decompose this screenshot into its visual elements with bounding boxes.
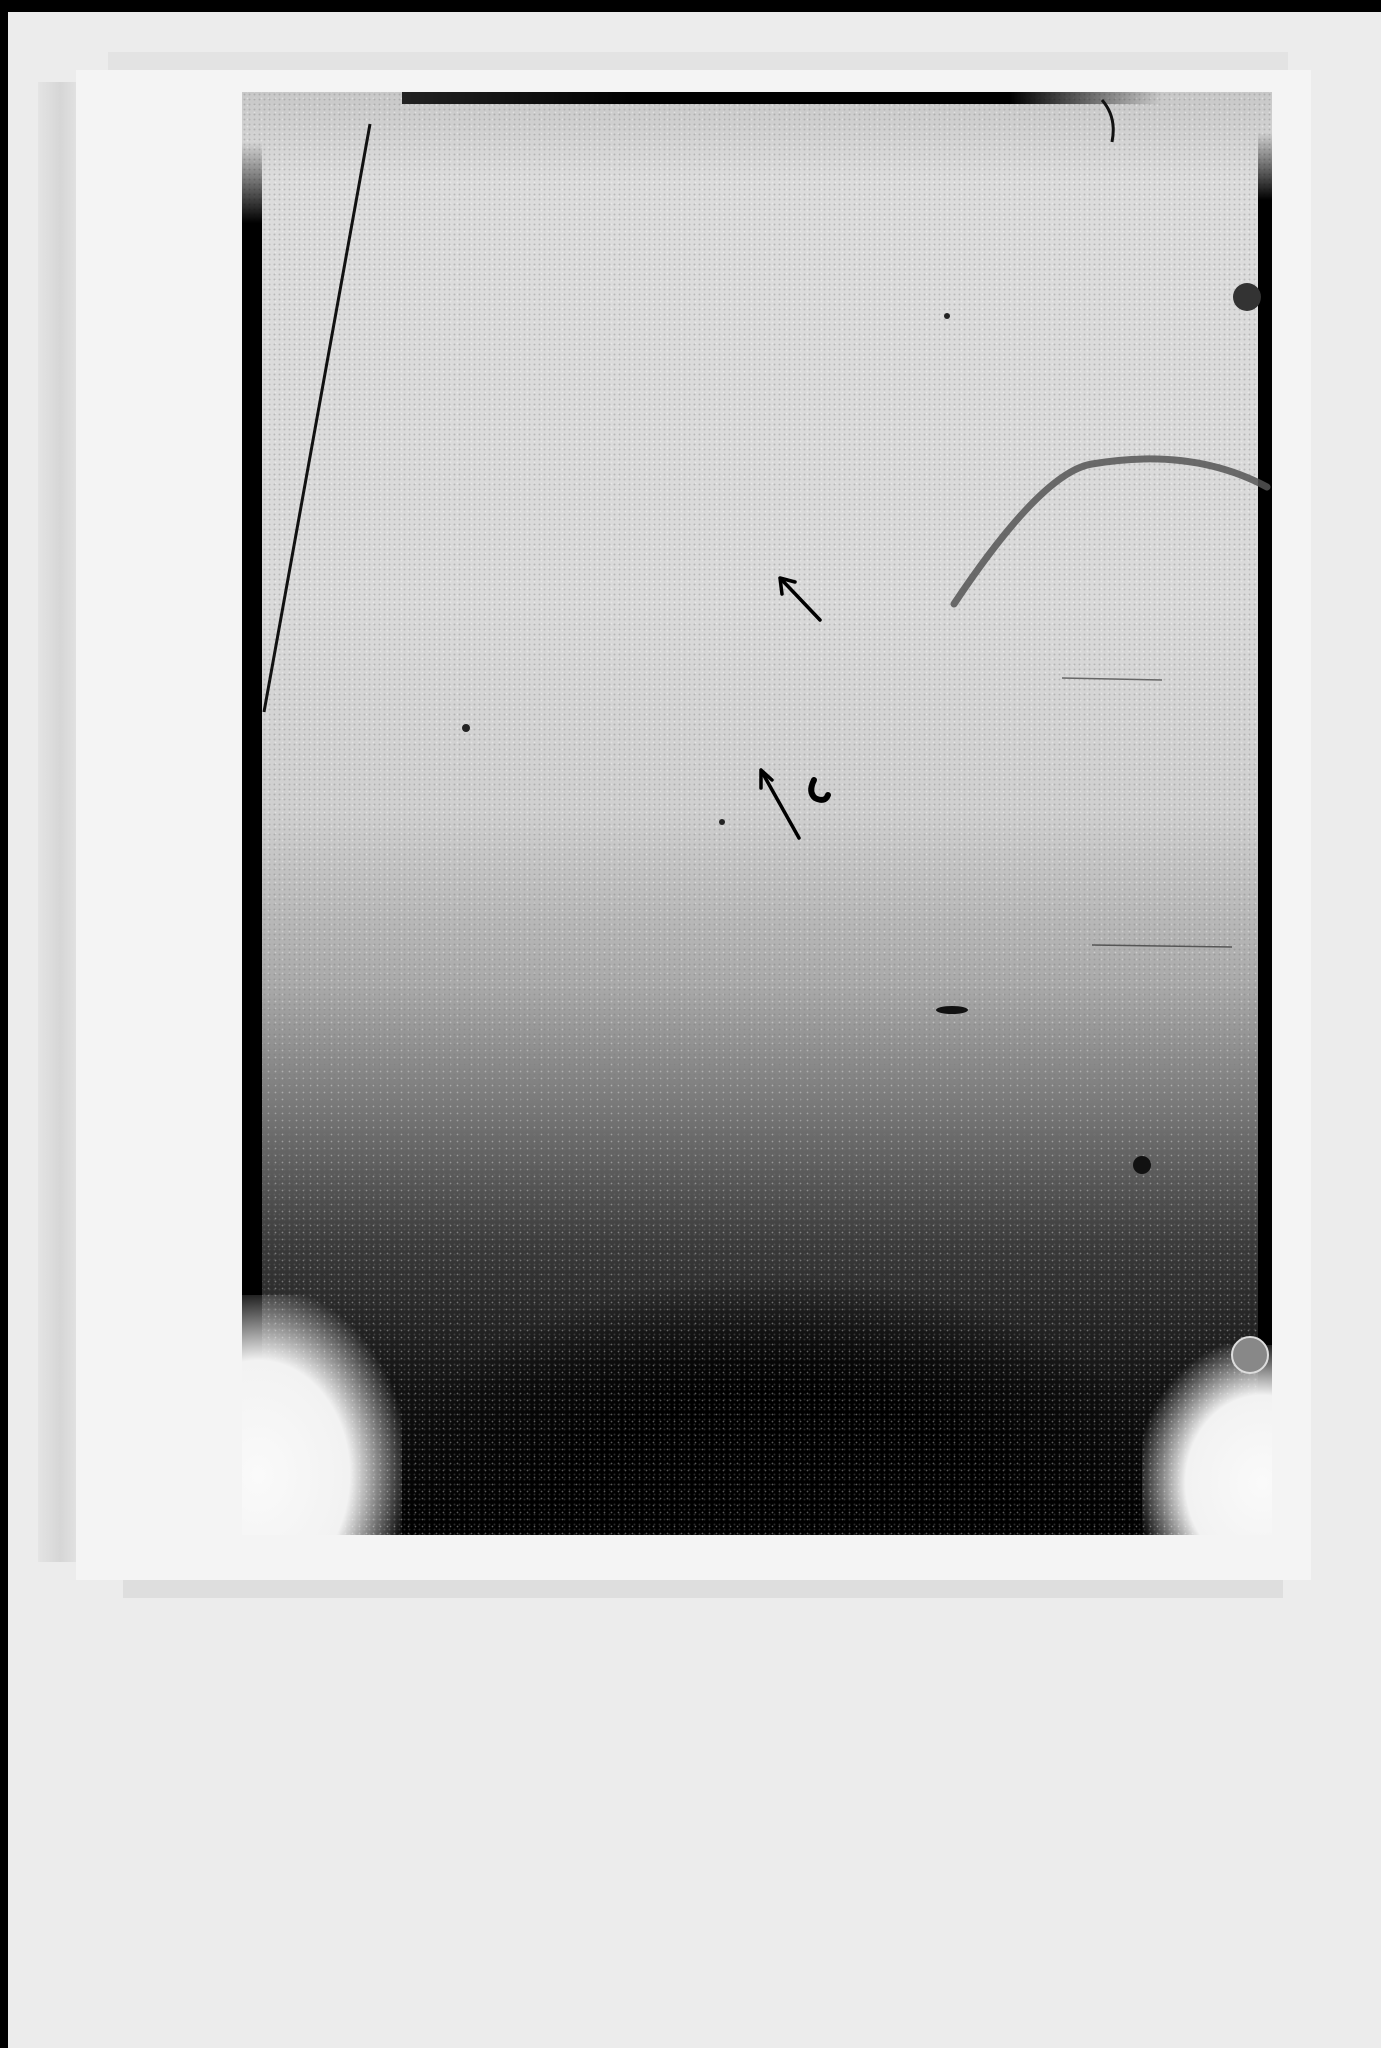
- numeral-mark: [811, 780, 828, 800]
- hook-mark: [1102, 100, 1113, 142]
- photograph: [242, 92, 1272, 1535]
- bubble-spot: [1232, 1337, 1268, 1373]
- annotation-marks: [242, 92, 1272, 1535]
- lower-arrow-icon: [761, 770, 799, 838]
- mount-shadow-top: [108, 52, 1288, 70]
- mount-shadow-bottom: [123, 1580, 1283, 1598]
- bubble-spot: [1233, 283, 1261, 311]
- scratch-line: [264, 124, 370, 712]
- upper-arrow-icon: [780, 578, 820, 620]
- curved-arc: [954, 459, 1267, 604]
